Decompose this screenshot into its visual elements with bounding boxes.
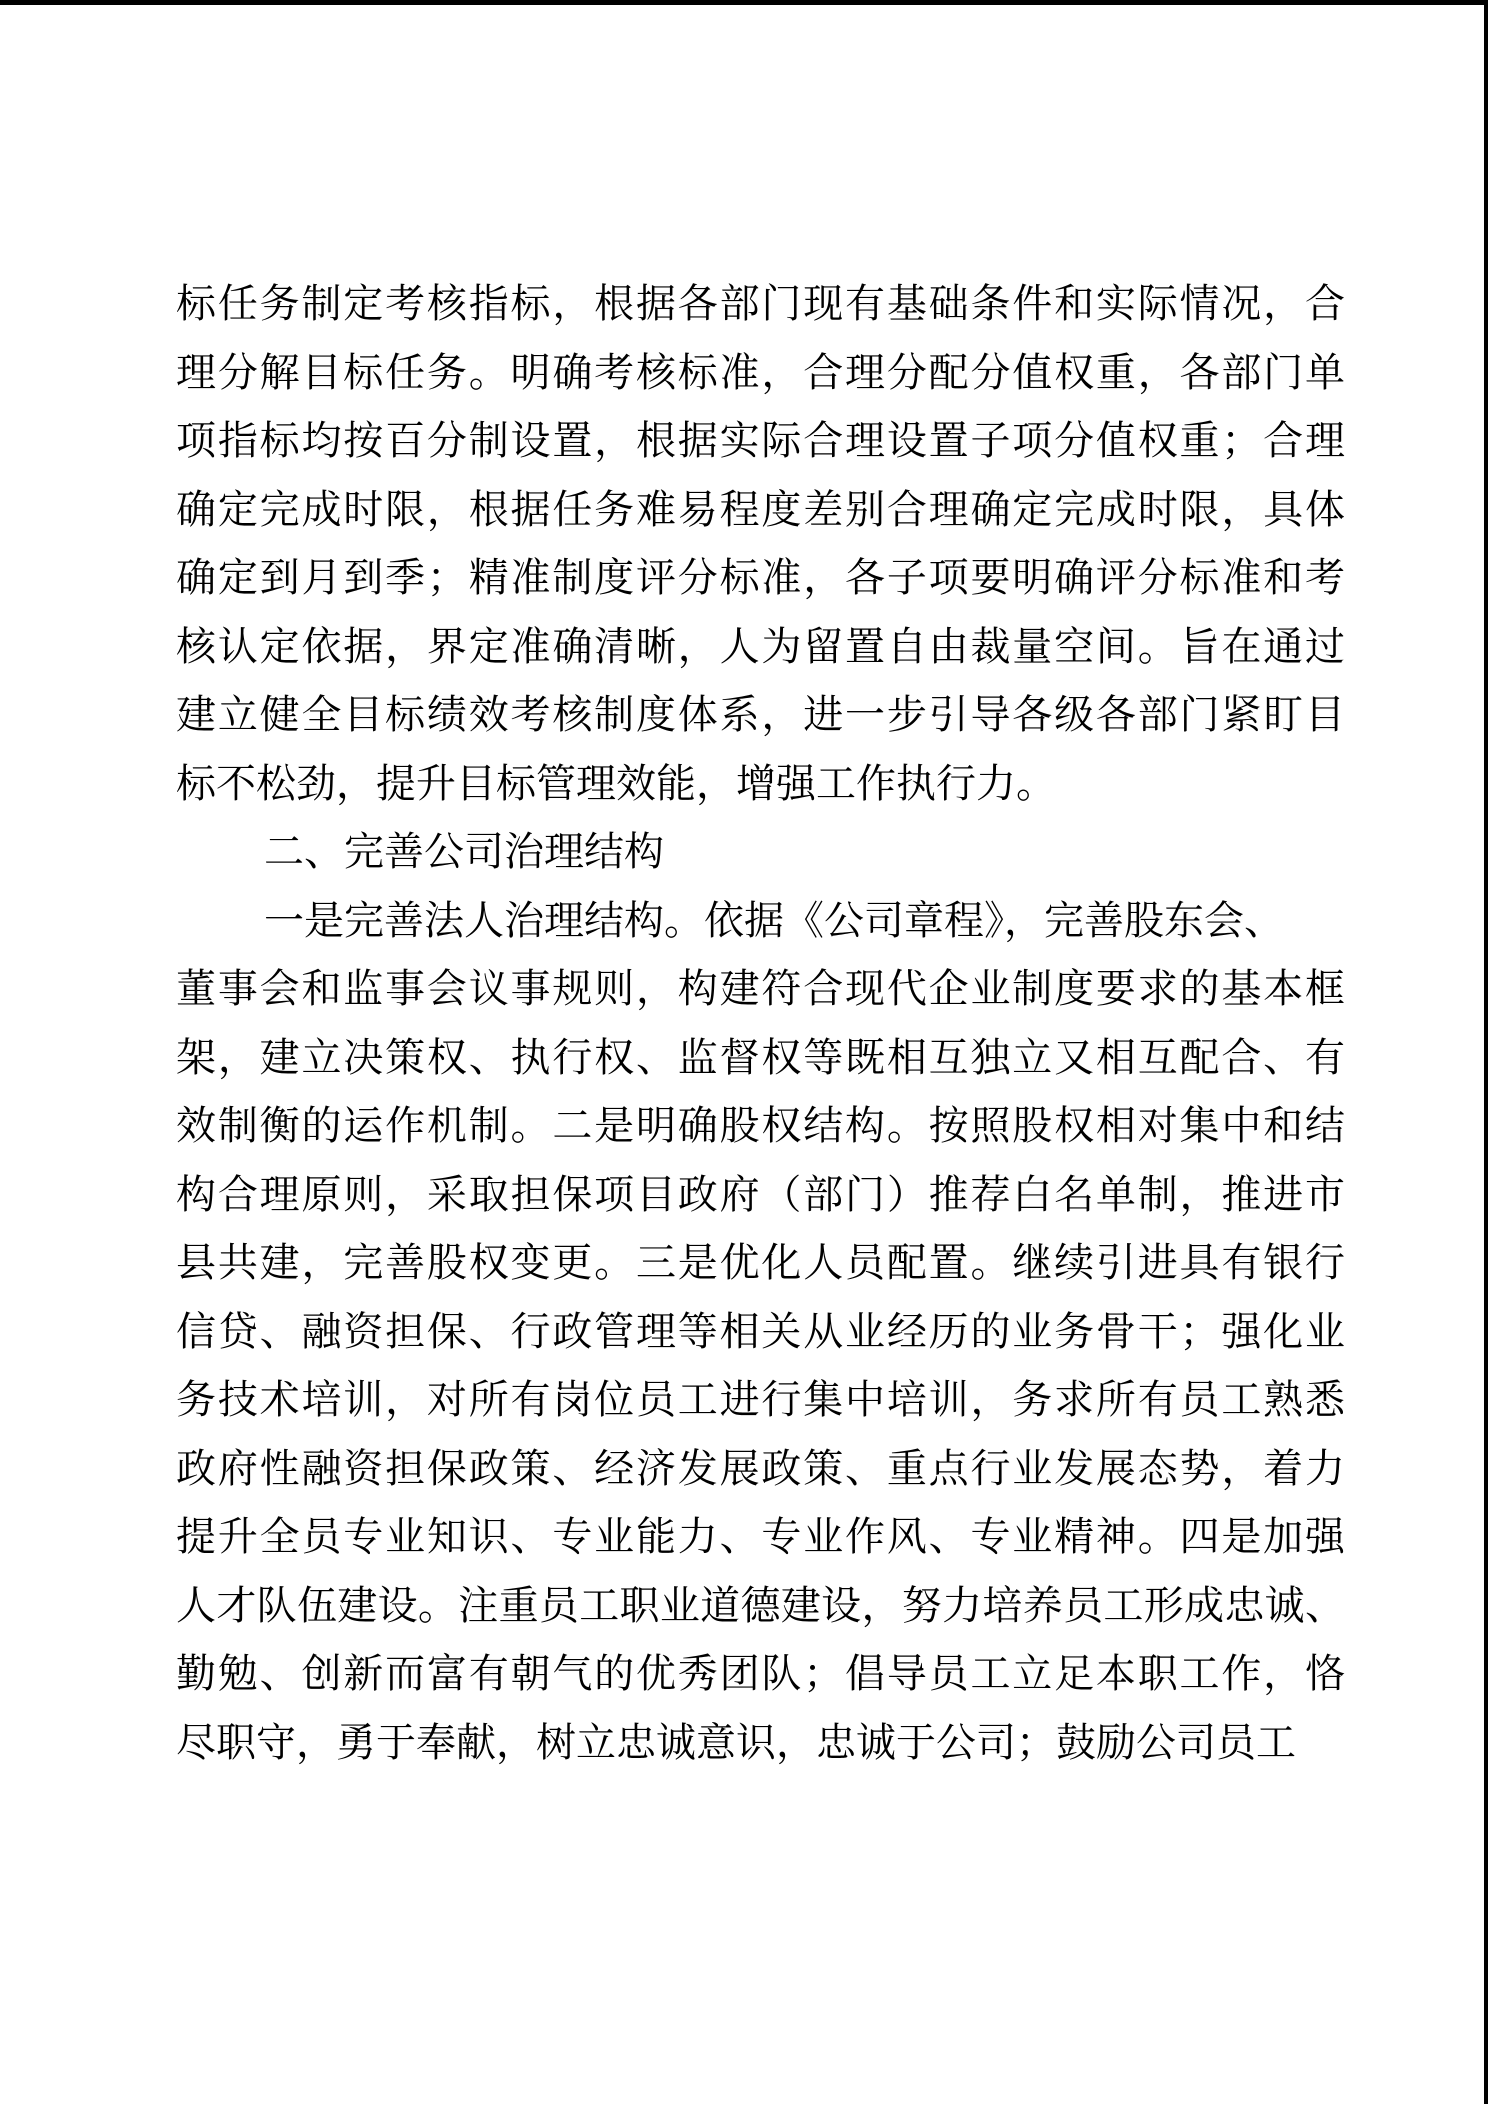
page-top-edge [0, 0, 1488, 5]
text-line: 核认定依据，界定准确清晰，人为留置自由裁量空间。旨在通过 [176, 613, 1345, 682]
document-text-block: 标任务制定考核指标，根据各部门现有基础条件和实际情况，合理分解目标任务。明确考核… [176, 270, 1345, 1777]
text-line: 架，建立决策权、执行权、监督权等既相互独立又相互配合、有 [176, 1024, 1345, 1093]
document-page: 标任务制定考核指标，根据各部门现有基础条件和实际情况，合理分解目标任务。明确考核… [0, 0, 1488, 2104]
text-line: 人才队伍建设。注重员工职业道德建设，努力培养员工形成忠诚、 [176, 1572, 1345, 1641]
text-line: 理分解目标任务。明确考核标准，合理分配分值权重，各部门单 [176, 339, 1345, 408]
section-heading: 二、完善公司治理结构 [176, 818, 1345, 887]
text-line: 提升全员专业知识、专业能力、专业作风、专业精神。四是加强 [176, 1503, 1345, 1572]
text-line: 建立健全目标绩效考核制度体系，进一步引导各级各部门紧盯目 [176, 681, 1345, 750]
text-line: 效制衡的运作机制。二是明确股权结构。按照股权相对集中和结 [176, 1092, 1345, 1161]
text-line: 确定到月到季；精准制度评分标准，各子项要明确评分标准和考 [176, 544, 1345, 613]
text-line: 确定完成时限，根据任务难易程度差别合理确定完成时限，具体 [176, 476, 1345, 545]
text-line: 务技术培训，对所有岗位员工进行集中培训，务求所有员工熟悉 [176, 1366, 1345, 1435]
text-line: 政府性融资担保政策、经济发展政策、重点行业发展态势，着力 [176, 1435, 1345, 1504]
text-line: 项指标均按百分制设置，根据实际合理设置子项分值权重；合理 [176, 407, 1345, 476]
page-right-edge [1484, 0, 1488, 2104]
text-line: 尽职守，勇于奉献，树立忠诚意识，忠诚于公司；鼓励公司员工 [176, 1709, 1345, 1778]
text-line: 一是完善法人治理结构。依据《公司章程》，完善股东会、 [176, 887, 1345, 956]
text-line: 构合理原则，采取担保项目政府（部门）推荐白名单制，推进市 [176, 1161, 1345, 1230]
text-line: 标不松劲，提升目标管理效能，增强工作执行力。 [176, 750, 1345, 819]
text-line: 县共建，完善股权变更。三是优化人员配置。继续引进具有银行 [176, 1229, 1345, 1298]
text-line: 勤勉、创新而富有朝气的优秀团队；倡导员工立足本职工作，恪 [176, 1640, 1345, 1709]
text-line: 董事会和监事会议事规则，构建符合现代企业制度要求的基本框 [176, 955, 1345, 1024]
text-line: 信贷、融资担保、行政管理等相关从业经历的业务骨干；强化业 [176, 1298, 1345, 1367]
text-line: 标任务制定考核指标，根据各部门现有基础条件和实际情况，合 [176, 270, 1345, 339]
